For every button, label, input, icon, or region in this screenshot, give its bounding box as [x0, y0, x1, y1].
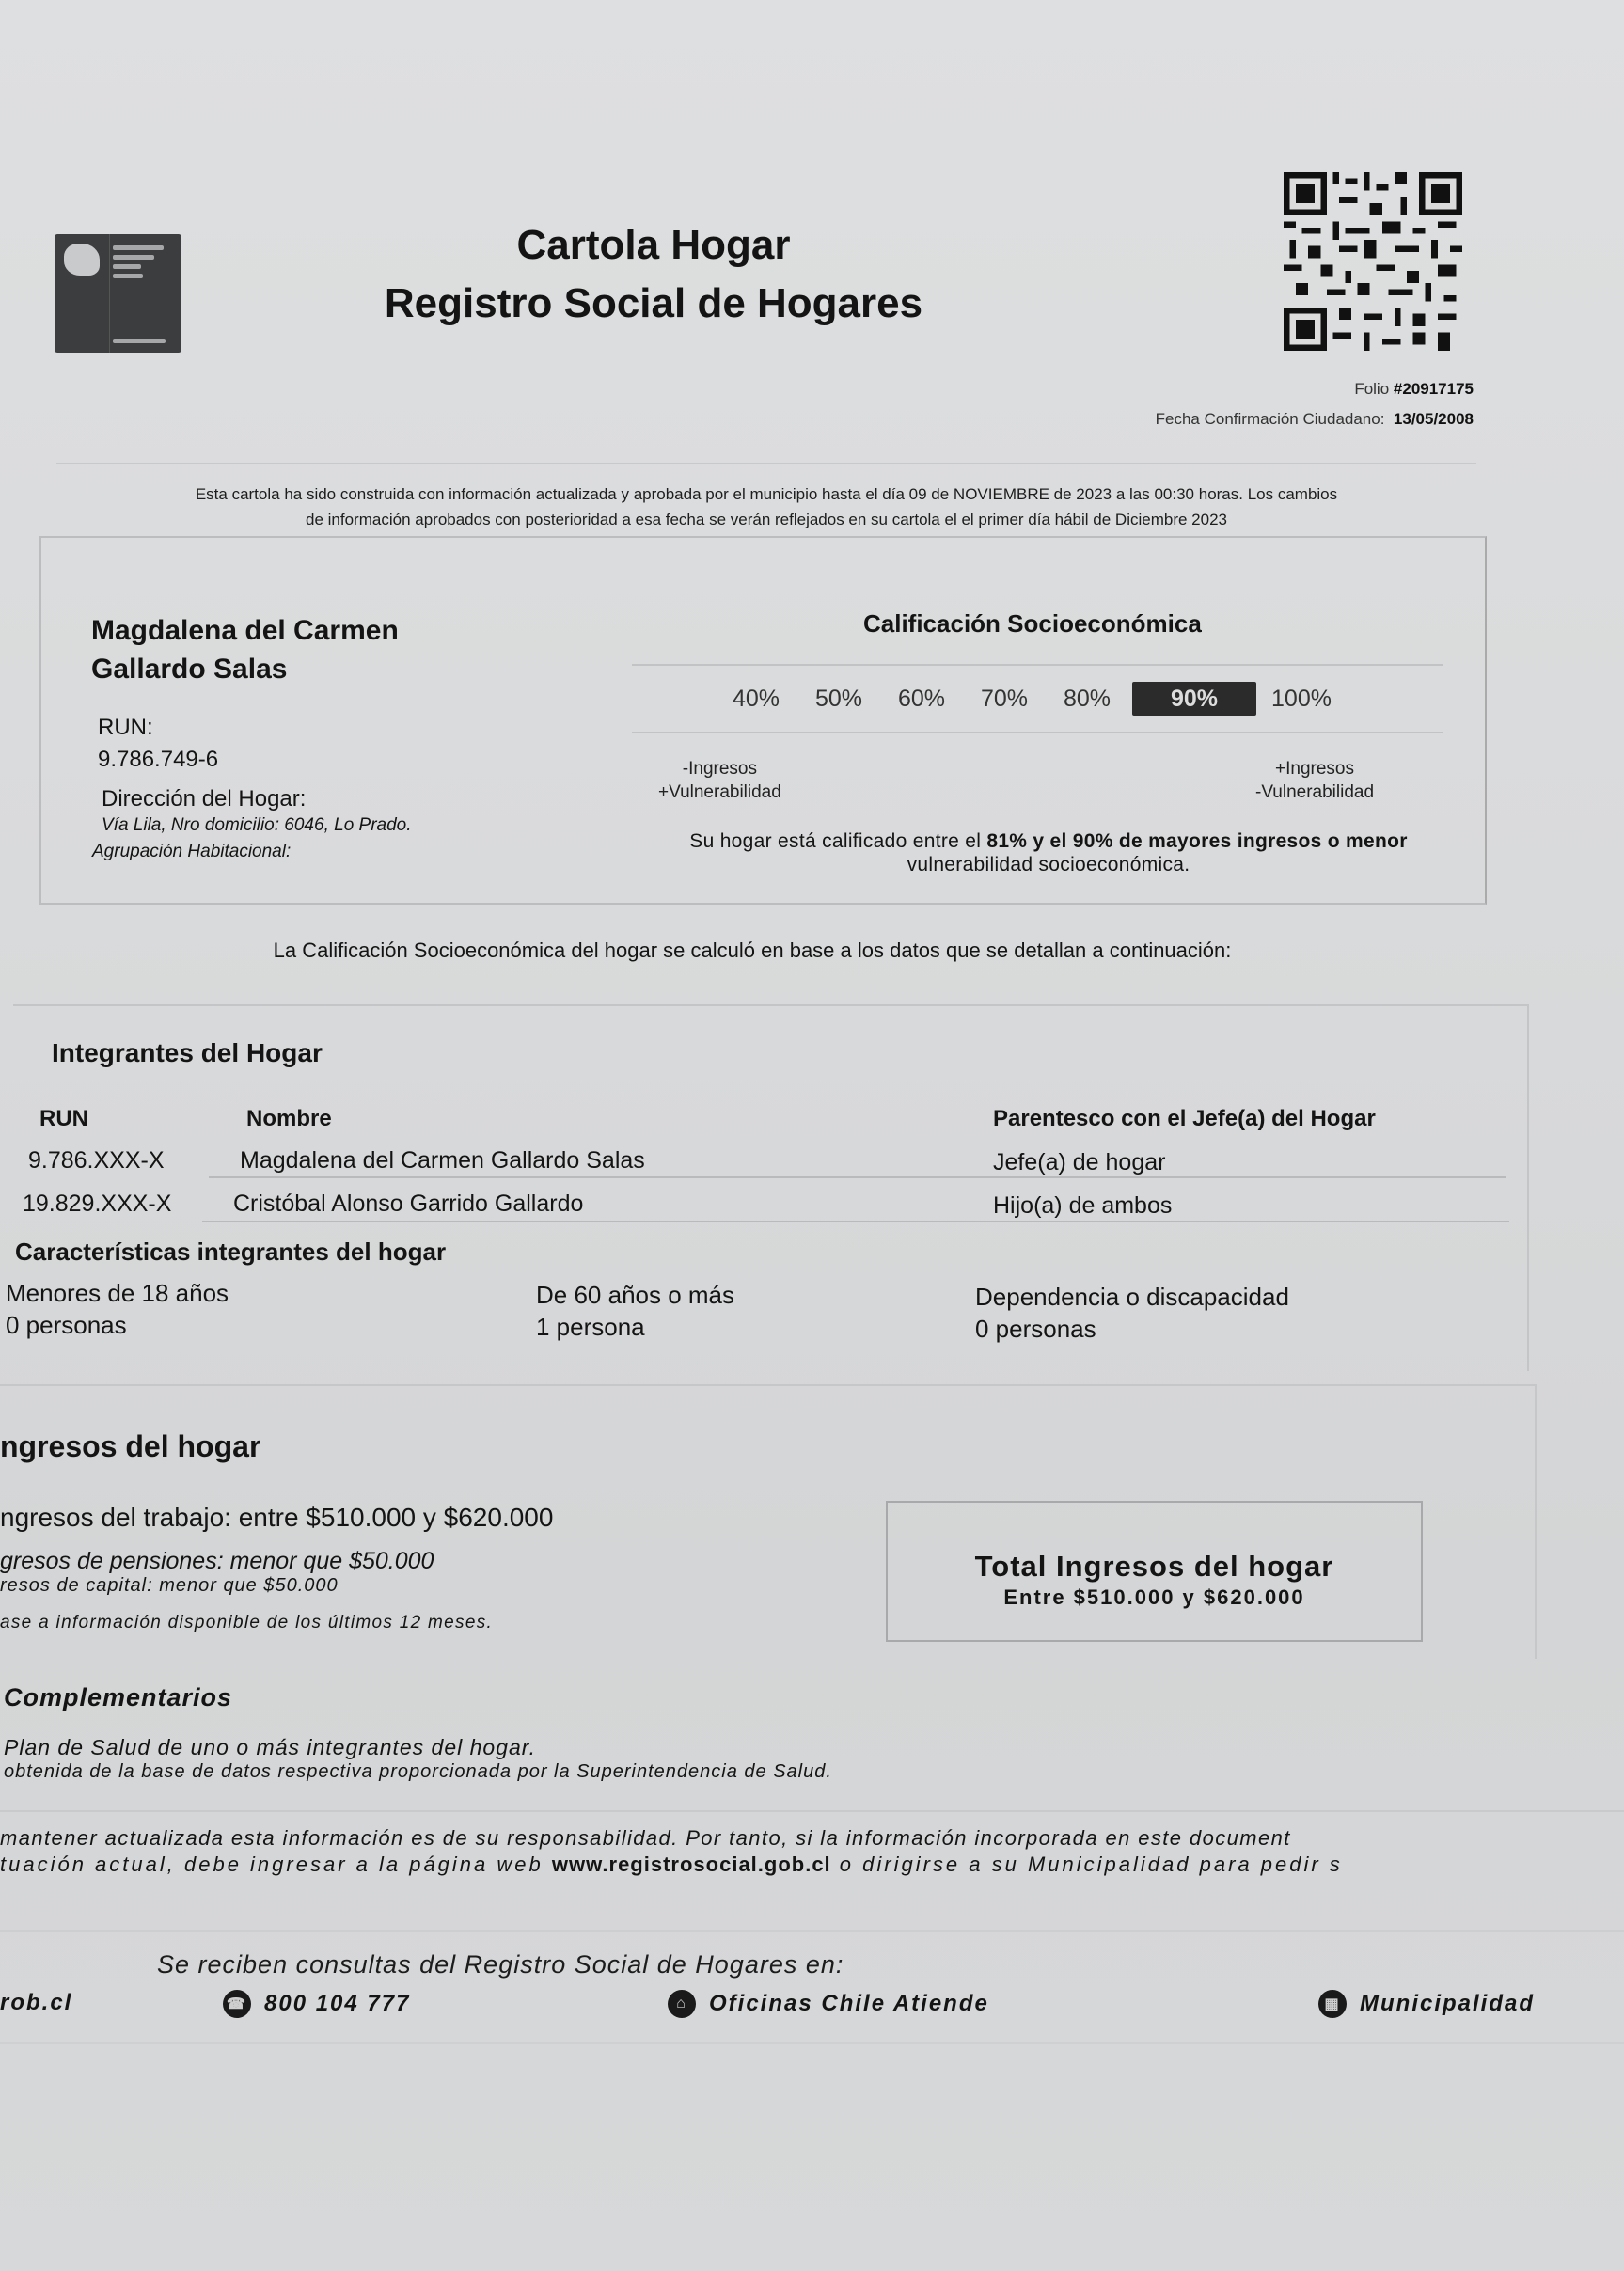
legend-line: -Ingresos: [658, 757, 781, 781]
responsibility-text-part: o dirigirse a su Municipalidad para pedi…: [831, 1853, 1343, 1876]
members-section-title: Integrantes del Hogar: [52, 1038, 323, 1068]
legend-line: +Vulnerabilidad: [658, 781, 781, 804]
responsibility-text-part: tuación actual, debe ingresar a la págin…: [0, 1853, 552, 1876]
scale-step-selected: 90%: [1132, 682, 1256, 716]
registro-social-link[interactable]: www.registrosocial.gob.cl: [552, 1853, 831, 1876]
name-line: Magdalena del Carmen: [91, 611, 399, 650]
characteristics-title: Características integrantes del hogar: [15, 1238, 446, 1267]
section-divider: [0, 1810, 1624, 1812]
total-income-value: Entre $510.000 y $620.000: [888, 1585, 1421, 1610]
characteristic-seniors: De 60 años o más 1 persona: [536, 1279, 734, 1343]
run-value: 9.786.749-6: [98, 747, 218, 773]
update-notice-line: de información aprobados con posteriorid…: [56, 507, 1476, 532]
row-divider: [202, 1221, 1509, 1222]
chile-atiende-label: Oficinas Chile Atiende: [709, 1991, 989, 2017]
footer-divider: [0, 2042, 1624, 2044]
phone-icon: ☎: [223, 1990, 251, 2018]
member-relationship: Jefe(a) de hogar: [993, 1149, 1165, 1176]
income-section-title: ngresos del hogar: [0, 1429, 260, 1464]
phone-number[interactable]: 800 104 777: [264, 1991, 410, 2017]
document-subtitle: Registro Social de Hogares: [0, 280, 1307, 327]
member-name: Magdalena del Carmen Gallardo Salas: [240, 1147, 645, 1175]
confirmation-date-value: 13/05/2008: [1394, 410, 1474, 428]
member-name: Cristóbal Alonso Garrido Gallardo: [233, 1191, 583, 1218]
scale-step: 50%: [797, 682, 880, 716]
column-header-parentesco: Parentesco con el Jefe(a) del Hogar: [993, 1106, 1376, 1132]
document-title: Cartola Hogar: [0, 222, 1307, 269]
scale-bottom-line: [632, 732, 1443, 733]
total-income-title: Total Ingresos del hogar: [888, 1550, 1421, 1584]
calculation-note: La Calificación Socioeconómica del hogar…: [0, 938, 1505, 963]
scale-step: 70%: [963, 682, 1046, 716]
chile-atiende-contact: ⌂ Oficinas Chile Atiende: [668, 1990, 989, 2018]
legend-line: +Ingresos: [1255, 757, 1374, 781]
complementary-source: obtenida de la base de datos respectiva …: [4, 1761, 832, 1783]
inquiries-title: Se reciben consultas del Registro Social…: [157, 1950, 844, 1979]
qr-code-icon: [1284, 171, 1462, 352]
complementary-title: Complementarios: [4, 1683, 232, 1712]
member-run: 9.786.XXX-X: [28, 1147, 165, 1175]
characteristic-value: 0 personas: [975, 1313, 1289, 1345]
run-label: RUN:: [98, 715, 153, 741]
responsibility-text-2: tuación actual, debe ingresar a la págin…: [0, 1853, 1343, 1877]
characteristic-label: Dependencia o discapacidad: [975, 1281, 1289, 1313]
municipality-label: Municipalidad: [1360, 1991, 1535, 2017]
income-basis-note: ase a información disponible de los últi…: [0, 1613, 493, 1633]
logo-text-line: [113, 274, 143, 278]
scale-top-line: [632, 664, 1443, 666]
head-of-household-name: Magdalena del Carmen Gallardo Salas: [91, 611, 399, 688]
qualification-title: Calificación Socioeconómica: [863, 609, 1202, 639]
name-line: Gallardo Salas: [91, 650, 399, 688]
scale-left-legend: -Ingresos +Vulnerabilidad: [658, 757, 781, 804]
folio-label: Folio: [1354, 380, 1389, 398]
member-relationship: Hijo(a) de ambos: [993, 1192, 1172, 1220]
confirmation-date-label: Fecha Confirmación Ciudadano:: [1156, 410, 1385, 428]
summary-text: vulnerabilidad socioeconómica.: [907, 854, 1190, 875]
summary-text: Su hogar está calificado entre el: [689, 830, 986, 852]
characteristic-value: 0 personas: [6, 1309, 229, 1341]
income-work: ngresos del trabajo: entre $510.000 y $6…: [0, 1503, 553, 1533]
office-icon: ⌂: [668, 1990, 696, 2018]
total-income-box: Total Ingresos del hogar Entre $510.000 …: [886, 1501, 1423, 1642]
income-capital: resos de capital: menor que $50.000: [0, 1575, 339, 1597]
legend-line: -Vulnerabilidad: [1255, 781, 1374, 804]
summary-bold: 81% y el 90% de mayores ingresos o menor: [986, 830, 1407, 852]
member-run: 19.829.XXX-X: [23, 1191, 171, 1218]
housing-group-label: Agrupación Habitacional:: [92, 842, 291, 862]
characteristic-label: Menores de 18 años: [6, 1277, 229, 1309]
qualification-summary: Su hogar está calificado entre el 81% y …: [658, 829, 1439, 876]
folio-value: #20917175: [1394, 380, 1474, 398]
qualification-scale: 40%50%60%70%80%90%100%: [715, 682, 1343, 716]
update-notice: Esta cartola ha sido construida con info…: [56, 481, 1476, 532]
web-contact: rob.cl: [0, 1990, 72, 2016]
scale-step: 100%: [1260, 682, 1343, 716]
folio-number: Folio #20917175: [1354, 380, 1474, 399]
characteristic-minors: Menores de 18 años 0 personas: [6, 1277, 229, 1341]
section-divider: [0, 1930, 1624, 1932]
update-notice-line: Esta cartola ha sido construida con info…: [56, 481, 1476, 507]
web-link[interactable]: rob.cl: [0, 1990, 72, 2016]
scale-right-legend: +Ingresos -Vulnerabilidad: [1255, 757, 1374, 804]
scale-step: 80%: [1046, 682, 1128, 716]
characteristic-label: De 60 años o más: [536, 1279, 734, 1311]
column-header-run: RUN: [39, 1106, 88, 1132]
characteristic-dependency: Dependencia o discapacidad 0 personas: [975, 1281, 1289, 1345]
column-header-nombre: Nombre: [246, 1106, 332, 1132]
responsibility-text: mantener actualizada esta información es…: [0, 1826, 1291, 1851]
scale-step: 60%: [880, 682, 963, 716]
complementary-health-plan: Plan de Salud de uno o más integrantes d…: [4, 1735, 536, 1760]
address-label: Dirección del Hogar:: [102, 786, 306, 812]
header-divider: [56, 463, 1476, 464]
income-pensions: gresos de pensiones: menor que $50.000: [0, 1548, 434, 1575]
building-icon: ▦: [1318, 1990, 1347, 2018]
address-value: Vía Lila, Nro domicilio: 6046, Lo Prado.: [102, 815, 412, 836]
row-divider: [209, 1176, 1506, 1178]
phone-contact: ☎ 800 104 777: [223, 1990, 410, 2018]
confirmation-date: Fecha Confirmación Ciudadano: 13/05/2008: [1156, 410, 1474, 429]
characteristic-value: 1 persona: [536, 1311, 734, 1343]
scale-step: 40%: [715, 682, 797, 716]
logo-text-line: [113, 339, 166, 343]
municipality-contact: ▦ Municipalidad: [1318, 1990, 1535, 2018]
